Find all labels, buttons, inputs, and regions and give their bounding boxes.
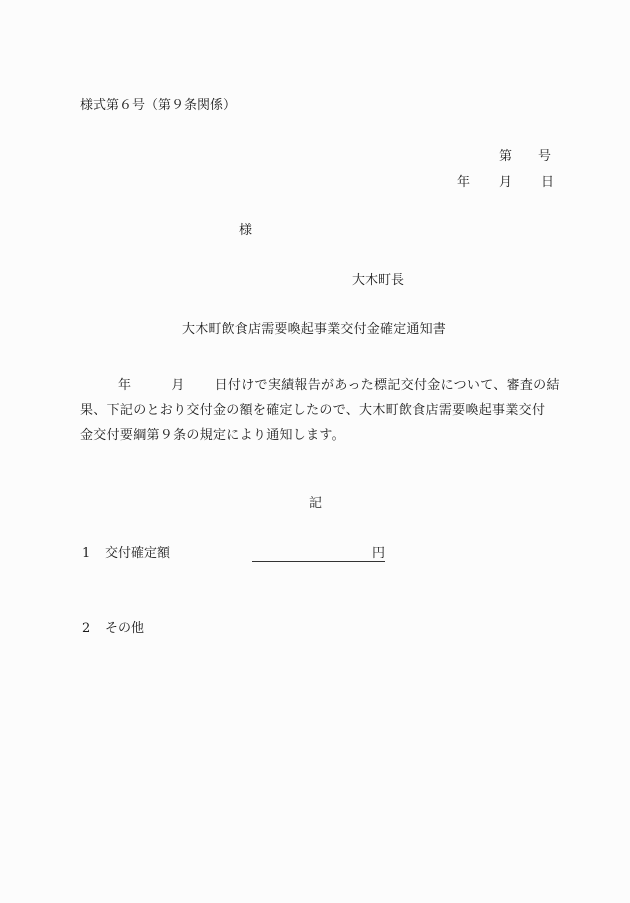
number-suffix: 号	[538, 150, 551, 163]
confirmed-amount-field[interactable]: 円	[252, 545, 385, 562]
body-line-1: 年月日付けで実績報告があった標記交付金について、審査の結	[80, 373, 554, 398]
body-line-2: 果、下記のとおり交付金の額を確定したので、大木町飲食店需要喚起事業交付	[80, 398, 554, 423]
body-line-1-text: 日付けで実績報告があった標記交付金について、審査の結	[215, 378, 560, 393]
document-title: 大木町飲食店需要喚起事業交付金確定通知書	[182, 323, 446, 336]
addressee-honorific: 様	[239, 224, 252, 237]
body-paragraph: 年月日付けで実績報告があった標記交付金について、審査の結 果、下記のとおり交付金…	[80, 373, 554, 448]
body-year: 年	[118, 378, 131, 393]
item-1-label: 交付確定額	[105, 547, 170, 560]
ki-heading: 記	[309, 497, 322, 510]
amount-unit-yen: 円	[372, 547, 385, 560]
item-2-number: 2	[82, 622, 90, 635]
date-line: 年月日	[457, 176, 554, 189]
document-number-line: 第号	[499, 150, 551, 163]
body-month: 月	[171, 378, 184, 393]
sender-name: 大木町長	[352, 274, 404, 287]
item-2-label: その他	[105, 622, 144, 635]
item-1-number: 1	[82, 547, 90, 560]
date-month: 月	[499, 176, 512, 189]
form-label: 様式第６号（第９条関係）	[80, 99, 236, 112]
number-prefix: 第	[499, 150, 512, 163]
body-line-3: 金交付要綱第９条の規定により通知します。	[80, 423, 554, 448]
date-year: 年	[457, 176, 470, 189]
date-day: 日	[541, 176, 554, 189]
